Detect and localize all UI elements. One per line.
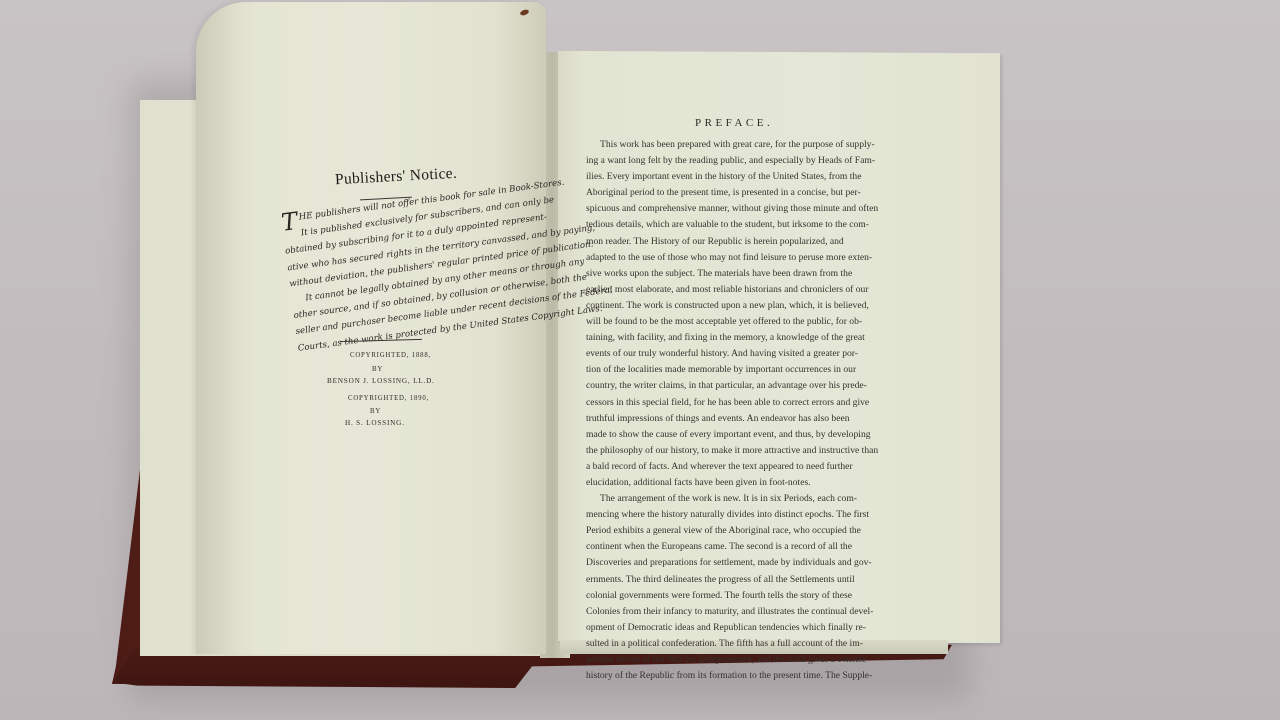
preface-line: country, the writer claims, in that part… [586, 378, 930, 394]
preface-line: will be found to be the most acceptable … [586, 314, 930, 330]
preface-line: mencing where the history naturally divi… [586, 507, 930, 523]
preface-line: spicuous and comprehensive manner, witho… [586, 201, 930, 217]
copyright-author-1: Benson J. Lossing, LL.D. [327, 377, 435, 385]
preface-title: PREFACE. [695, 117, 773, 129]
preface-line: Colonies from their infancy to maturity,… [586, 604, 930, 620]
preface-line: portant events of the War for Independen… [586, 652, 930, 668]
preface-line: taining, with facility, and fixing in th… [586, 330, 930, 346]
preface-line: Discoveries and preparations for settlem… [586, 555, 930, 571]
preface-line: Aboriginal period to the present time, i… [586, 185, 930, 201]
preface-line: made to show the cause of every importan… [586, 427, 930, 443]
copyright-by-2: by [370, 408, 381, 415]
preface-line: continent when the Europeans came. The s… [586, 539, 930, 555]
preface-body: This work has been prepared with great c… [586, 137, 930, 684]
copyright-line-2: Copyrighted, 1890, [348, 395, 429, 402]
copyright-author-2: H. S. Lossing. [345, 419, 405, 427]
preface-line: continent. The work is constructed upon … [586, 298, 930, 314]
preface-line: earlier, most elaborate, and most reliab… [586, 282, 930, 298]
preface-line: the philosophy of our history, to make i… [586, 443, 930, 459]
copyright-by-1: by [372, 366, 383, 373]
preface-line: events of our truly wonderful history. A… [586, 346, 930, 362]
preface-line: mon reader. The History of our Republic … [586, 234, 930, 250]
preface-line: ing a want long felt by the reading publ… [586, 153, 930, 169]
preface-line: opment of Democratic ideas and Republica… [586, 620, 930, 636]
preface-line: sive works upon the subject. The materia… [586, 266, 930, 282]
preface-line: ernments. The third delineates the progr… [586, 572, 930, 588]
preface-line: cessors in this special field, for he ha… [586, 395, 930, 411]
preface-line: Period exhibits a general view of the Ab… [586, 523, 930, 539]
preface-line: sulted in a political confederation. The… [586, 636, 930, 652]
preface-line: tion of the localities made memorable by… [586, 362, 930, 378]
preface-line: history of the Republic from its formati… [586, 668, 930, 684]
preface-line: a bald record of facts. And wherever the… [586, 459, 930, 475]
preface-line: adapted to the use of those who may not … [586, 250, 930, 266]
preface-line: truthful impressions of things and event… [586, 411, 930, 427]
preface-line: The arrangement of the work is new. It i… [586, 491, 930, 507]
preface-line: tedious details, which are valuable to t… [586, 217, 930, 233]
copyright-line-1: Copyrighted, 1888, [350, 352, 431, 359]
preface-line: colonial governments were formed. The fo… [586, 588, 930, 604]
preface-line: elucidation, additional facts have been … [586, 475, 930, 491]
preface-line: ilies. Every important event in the hist… [586, 169, 930, 185]
preface-line: This work has been prepared with great c… [586, 137, 930, 153]
dropcap: T [280, 210, 299, 234]
